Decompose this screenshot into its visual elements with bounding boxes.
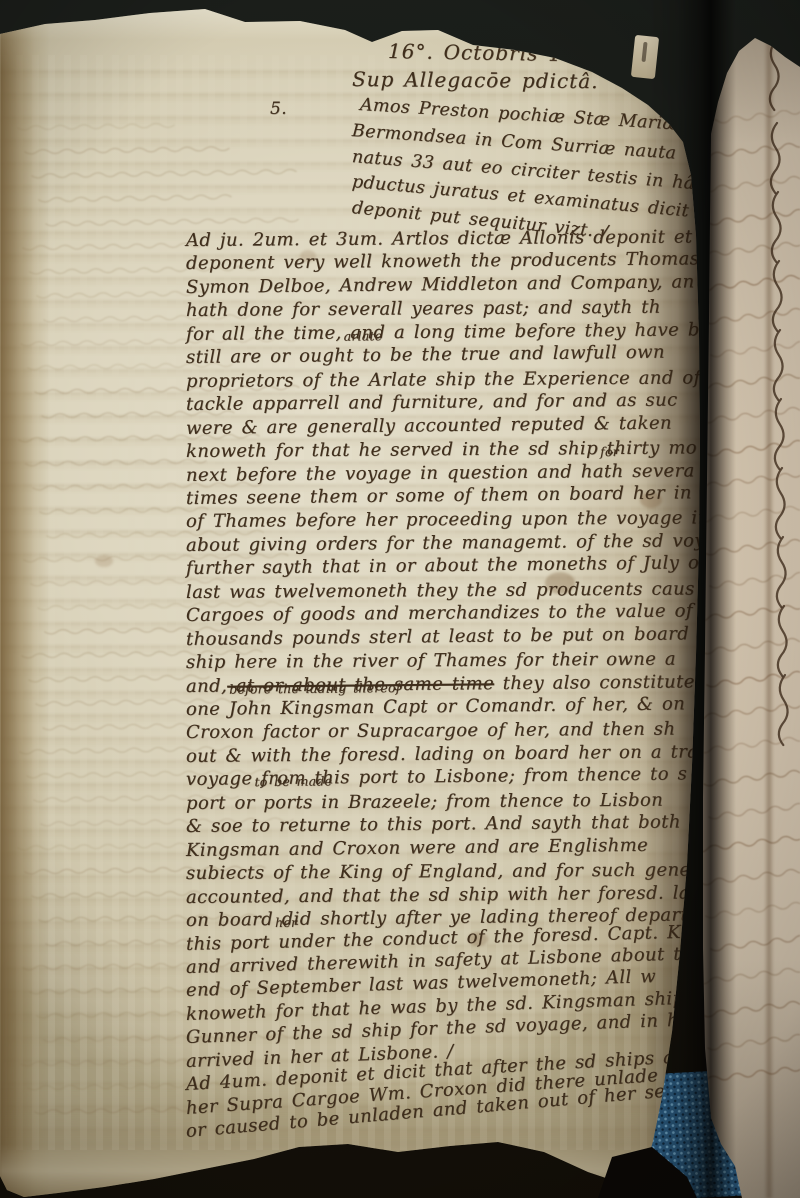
manuscript-line: of Thames before her proceeding upon the… <box>186 508 730 534</box>
manuscript-line: last was twelvemoneth they the sd produc… <box>186 578 695 604</box>
preamble-lines: Amos Preston pochiæ Stæ Mariæ MagdBermon… <box>352 94 692 244</box>
manuscript-line: for all the time,arlate and a long time … <box>186 319 700 346</box>
manuscript-line: natus 33 aut eo circiter testis in hâc <box>351 146 705 196</box>
stain <box>95 555 113 567</box>
facing-page <box>0 0 800 1198</box>
ink-bleedthrough-breakup <box>0 55 705 1150</box>
manuscript-line: about giving orders for the managemt. of… <box>186 530 739 557</box>
manuscript-line: deponent very well knoweth the producent… <box>186 249 700 276</box>
book-rest-cloth <box>639 1069 749 1198</box>
curled-bottom-edge <box>0 1088 700 1198</box>
ink-bleedthrough-texture <box>0 55 705 1150</box>
manuscript-line: and,before the lading thereof at or abou… <box>186 671 707 698</box>
interlined-insertion: for <box>600 441 619 463</box>
manuscript-line: further sayth that in or about the monet… <box>186 552 708 580</box>
manuscript-line: times seene them or some of them on boar… <box>186 482 720 510</box>
manuscript-page: 16°. Octobris 1660. Sup Allegacōe pdictâ… <box>0 0 800 1198</box>
paper-tab <box>631 35 659 79</box>
interlined-insertion: her <box>275 912 297 934</box>
manuscript-line: next before the voyage in question and h… <box>186 460 695 487</box>
manuscript-line: Symon Delboe, Andrew Middleton and Compa… <box>186 271 695 299</box>
manuscript-line: voyageto be made from this port to Lisbo… <box>186 764 687 792</box>
photo-vignette <box>0 0 800 1198</box>
manuscript-line: pductus juratus et examinatus dicit <box>351 171 690 222</box>
deckle-edge <box>0 0 50 1198</box>
manuscript-line: Croxon factor or Supracargoe of her, and… <box>186 719 676 744</box>
manuscript-line: out & with the foresd. lading on board h… <box>186 741 699 768</box>
manuscript-line: Cargoes of goods and merchandizes to the… <box>186 601 693 628</box>
manuscript-line: on boardher did shortly after ye lading … <box>186 904 688 932</box>
manuscript-line: accounted, and that the sd ship with her… <box>186 882 702 909</box>
interlined-insertion: arlate <box>344 325 383 347</box>
manuscript-line: subiects of the King of England, and for… <box>186 859 711 885</box>
bleedthrough-script-rows <box>10 118 370 1180</box>
gutter-curve-shading <box>556 0 702 1198</box>
manuscript-line: deponit put sequitur vizt. / <box>351 197 609 244</box>
manuscript-line: or caused to be unladen and taken out of… <box>185 1076 720 1143</box>
manuscript-line: and arrived therewith in safety at Lisbo… <box>186 943 705 979</box>
stain <box>300 250 316 262</box>
facing-page-faint-script <box>698 110 800 1120</box>
manuscript-line: one John Kingsman Capt or Comandr. of he… <box>186 693 685 721</box>
stain <box>640 492 662 508</box>
manuscript-line: Bermondsea in Com Surriæ nauta <box>351 120 677 165</box>
manuscript-line: knoweth for that he was by the sd. Kings… <box>186 987 697 1025</box>
manuscript-line: tackle apparrell and furniture, and for … <box>186 390 678 416</box>
stain <box>545 572 575 594</box>
facing-page-edge-crease <box>764 0 774 1198</box>
manuscript-line: Amos Preston pochiæ Stæ Mariæ Magd <box>359 94 740 139</box>
manuscript-line: knoweth for that he served in the sd shi… <box>186 437 697 463</box>
manuscript-photo: 16°. Octobris 1660. Sup Allegacōe pdictâ… <box>0 0 800 1198</box>
manuscript-line: port or ports in Brazeele; from thence t… <box>186 789 663 814</box>
far-page-ink-strokes <box>768 40 800 760</box>
manuscript-line: thousands pounds sterl at least to be pu… <box>186 623 718 651</box>
manuscript-line: Ad ju. 2um. et 3um. Artlos dictæ Allonis… <box>186 226 772 252</box>
body-lines: Ad ju. 2um. et 3um. Artlos dictæ Allonis… <box>0 0 800 1198</box>
manuscript-line: her Supra Cargoe Wm. Croxon did there un… <box>185 1060 722 1119</box>
manuscript-line: Kingsman and Croxon were and are English… <box>186 835 648 862</box>
stain <box>468 932 488 946</box>
manuscript-line: this port under the conduct of the fores… <box>186 921 700 956</box>
manuscript-line: ship here in the river of Thames for the… <box>186 649 676 674</box>
manuscript-line: Gunner of the sd ship for the sd voyage,… <box>186 1010 680 1049</box>
facing-page-shading <box>0 0 800 1198</box>
bottom-shadow-wedge <box>0 0 800 1198</box>
manuscript-line: arrived in her at Lisbone. / <box>186 1041 454 1073</box>
manuscript-line: & soe to returne to this port. And sayth… <box>186 812 681 838</box>
manuscript-line: end of September last was twelvemoneth; … <box>186 966 657 1002</box>
heading-date: 16°. Octobris 1660. <box>388 40 611 66</box>
gutter-shadow <box>646 0 736 1198</box>
interlined-insertion: before the lading thereof <box>229 677 401 701</box>
manuscript-line: hath done for severall yeares past; and … <box>186 297 661 322</box>
manuscript-line: Ad 4um. deponit et dicit that after the … <box>185 1044 720 1096</box>
manuscript-line: still are or ought to be the true and la… <box>186 342 665 369</box>
interlined-insertion: to be made <box>254 771 332 794</box>
manuscript-line: proprietors of the Arlate ship the Exper… <box>186 367 721 393</box>
worn-top-edge <box>0 0 800 72</box>
manuscript-line: were & are generally accounted reputed &… <box>186 412 672 439</box>
heading-allegation: Sup Allegacōe pdictâ. <box>352 68 599 92</box>
margin-entry-number: 5. <box>270 98 287 120</box>
